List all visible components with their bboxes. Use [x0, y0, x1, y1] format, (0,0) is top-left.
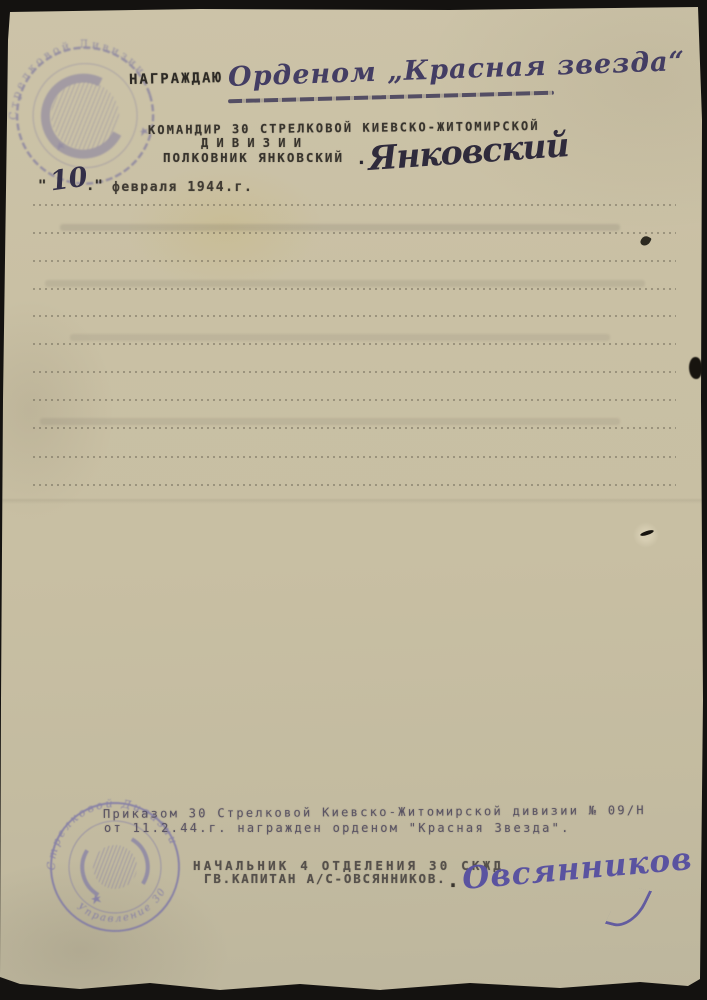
order-line2: от 11.2.44.г. награжден орденом "Красная… — [104, 821, 571, 835]
ghost-dotted-line — [33, 427, 676, 429]
commander-line3: ПОЛКОВНИК ЯНКОВСКИЙ — [163, 150, 344, 165]
ghost-dotted-line — [33, 456, 676, 458]
commander-bullet: . — [356, 148, 367, 169]
commander-line2: Д И В И З И И — [201, 136, 301, 150]
officer-line2: ГВ.КАПИТАН А/С-ОВСЯННИКОВ. — [204, 871, 446, 886]
award-prefix: НАГРАЖДАЮ — [129, 70, 223, 88]
ghost-dotted-line — [33, 399, 676, 401]
ghost-dotted-line — [33, 260, 676, 262]
ghost-dotted-line — [33, 204, 676, 206]
ghost-dotted-line — [33, 484, 676, 486]
ghost-dotted-line — [33, 315, 676, 317]
scanned-document: Стрелковой Дивизии НАГРАЖДАЮ Орденом „Кр… — [0, 0, 707, 1000]
officer-bullet: . — [447, 868, 459, 892]
ghost-dotted-line — [33, 232, 676, 234]
ghost-dotted-line — [33, 371, 676, 373]
date-day-handwritten: 10 — [48, 162, 90, 198]
ghost-dotted-line — [33, 288, 676, 290]
date-quote-close: ." — [86, 178, 103, 194]
date-quote-open: " — [38, 178, 46, 194]
date-typed: февраля 1944.г. — [112, 180, 253, 195]
ghost-dotted-line — [33, 343, 676, 345]
edge-ink-blob — [689, 357, 702, 379]
